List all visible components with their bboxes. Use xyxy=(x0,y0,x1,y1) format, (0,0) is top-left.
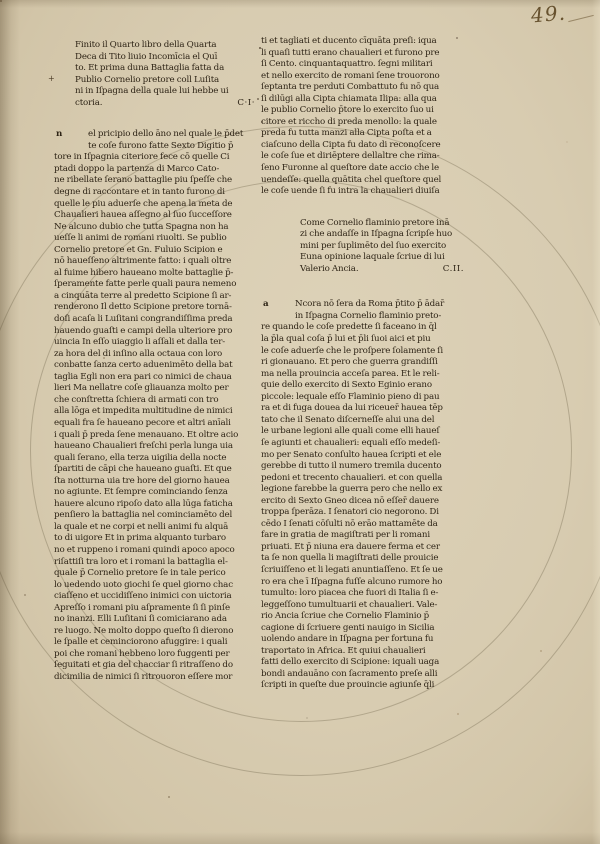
chapter1-body-indented-lines: el pricipio dello āno nel quale le p̄det… xyxy=(54,129,257,152)
chapter2-body-text: re quando le coſe predette ſi faceano in… xyxy=(261,322,468,692)
chapter2-number: C.II. xyxy=(443,264,464,276)
guide-letter-n: n xyxy=(56,129,62,141)
chapter1-body-text: tore in Iſpagnia citeriore fece cō quell… xyxy=(54,152,257,683)
chapter2-rubric-end: Valerio Ancia. C.II. xyxy=(300,264,464,276)
chapter1-rubric-text: Finito il Quarto libro della Quarta Deca… xyxy=(75,40,255,98)
chapter2-body-indented-lines: Ncora nō ſera da Roma p̄tito p̄ ādar̄ in… xyxy=(261,299,468,322)
guide-letter-a: a xyxy=(263,299,268,311)
book-page-scan: 49. + Finito il Quarto libro della Quart… xyxy=(0,0,600,844)
chapter1-number: C·I· xyxy=(237,98,255,110)
right-column: ti et tagliati et ducento cīquāta preſi:… xyxy=(261,36,468,692)
chapter1-continuation-text: ti et tagliati et ducento cīquāta preſi:… xyxy=(261,36,468,198)
chapter2-rubric-last-line: Valerio Ancia. xyxy=(300,264,358,276)
chapter1-body: n el pricipio dello āno nel quale le p̄d… xyxy=(54,129,257,683)
chapter2-rubric: Come Cornelio flaminio pretore inā zi ch… xyxy=(300,218,464,276)
page-edge-shadow-top xyxy=(0,0,600,8)
chapter1-rubric-end: ctoria. C·I· xyxy=(75,98,255,110)
chapter2-body: a Ncora nō ſera da Roma p̄tito p̄ ādar̄ … xyxy=(261,299,468,692)
pen-stroke xyxy=(568,15,593,22)
paper-specks xyxy=(0,0,2,2)
page-edge-shadow-bottom xyxy=(0,832,600,844)
folio-number: 49. xyxy=(530,1,567,28)
chapter2-rubric-text: Come Cornelio flaminio pretore inā zi ch… xyxy=(300,218,464,264)
chapter1-rubric: Finito il Quarto libro della Quarta Deca… xyxy=(75,40,255,109)
left-column: Finito il Quarto libro della Quarta Deca… xyxy=(54,40,257,684)
chapter1-rubric-last-line: ctoria. xyxy=(75,98,102,110)
